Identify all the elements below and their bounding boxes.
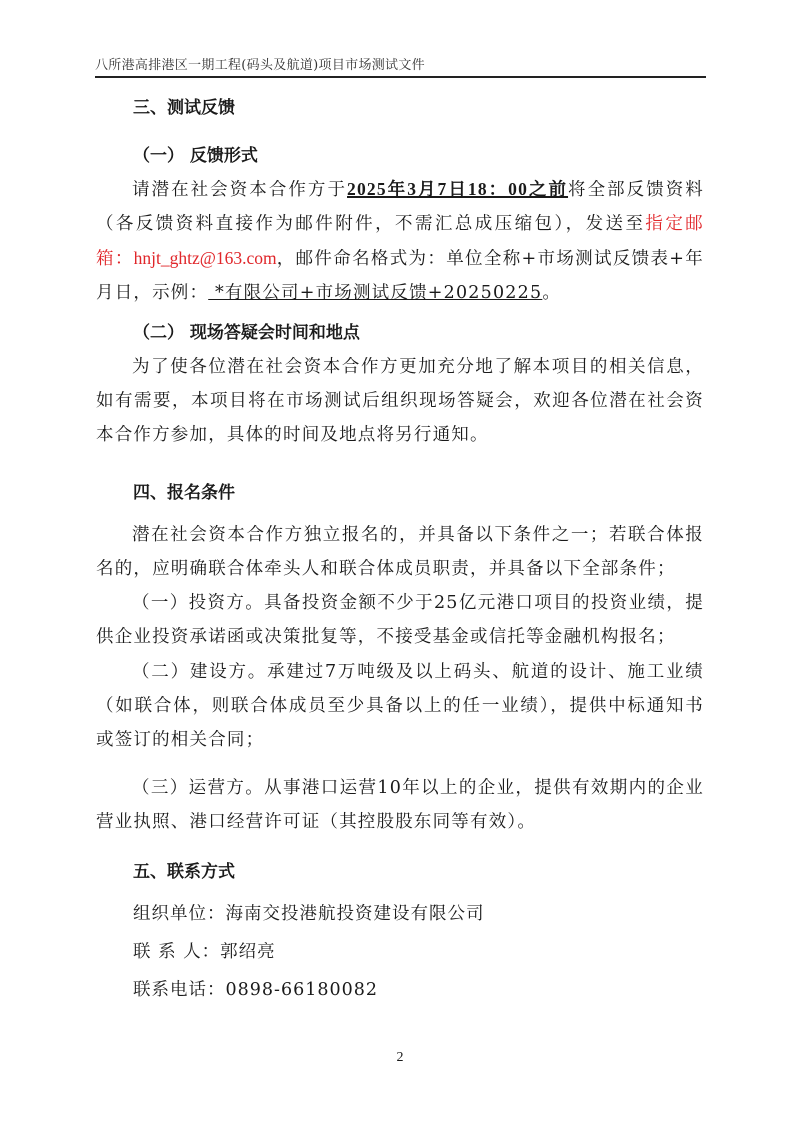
contact-block: 组织单位：海南交投港航投资建设有限公司 联 系 人：郭绍亮 联系电话：0898-…: [133, 897, 741, 1007]
header-rule: [95, 76, 706, 78]
naming-example: *有限公司+市场测试反馈+20250225: [208, 283, 542, 303]
condition-builder: （二）建设方。承建过7万吨级及以上码头、航道的设计、施工业绩（如联合体，则联合体…: [96, 655, 704, 757]
section-3-2-title: （二） 现场答疑会时间和地点: [133, 316, 741, 350]
contact-phone: 联系电话：0898-66180082: [133, 973, 741, 1007]
feedback-form-paragraph: 请潜在社会资本合作方于2025年3月7日18：00之前将全部反馈资料（各反馈资料…: [96, 172, 704, 310]
organizer: 组织单位：海南交投港航投资建设有限公司: [133, 897, 741, 931]
deadline: 2025年3月7日18：00之前: [347, 179, 568, 199]
period: 。: [542, 283, 561, 303]
email-link[interactable]: hnjt_ghtz@163.com: [134, 248, 277, 268]
qa-meeting-paragraph: 为了使各位潜在社会资本合作方更加充分地了解本项目的相关信息，如有需要，本项目将在…: [96, 350, 704, 452]
condition-investor: （一）投资方。具备投资金额不少于25亿元港口项目的投资业绩，提供企业投资承诺函或…: [96, 586, 704, 654]
contact-person: 联 系 人：郭绍亮: [133, 935, 741, 969]
running-header: 八所港高排港区一期工程(码头及航道)项目市场测试文件: [95, 54, 705, 73]
section-4-title: 四、报名条件: [133, 476, 741, 510]
section-3-1-title: （一） 反馈形式: [133, 139, 741, 173]
feedback-intro: 请潜在社会资本合作方于: [132, 180, 347, 200]
eligibility-intro: 潜在社会资本合作方独立报名的，并具备以下条件之一；若联合体报名的，应明确联合体牵…: [96, 518, 704, 586]
page-number: 2: [0, 1050, 800, 1066]
section-5-title: 五、联系方式: [133, 855, 741, 889]
section-3-title: 三、测试反馈: [133, 91, 741, 125]
condition-operator: （三）运营方。从事港口运营10年以上的企业，提供有效期内的企业营业执照、港口经营…: [96, 771, 704, 839]
